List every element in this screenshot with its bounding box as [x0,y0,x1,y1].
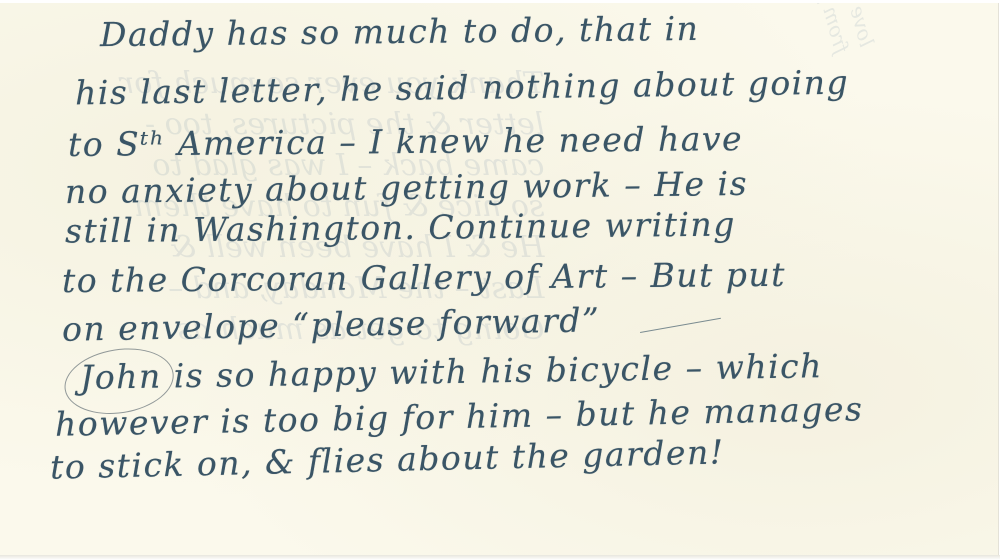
letter-line-5: still in Washington. Continue writing [65,204,736,250]
letter-line-7: on envelope “please forward” [62,300,601,348]
letter-line-8-rest: is so happy with his bicycle – which [161,346,823,395]
circled-word: John [80,357,162,397]
pen-stroke-mark [640,318,721,333]
letter-line-2: his last letter, he said nothing about g… [75,63,850,113]
scan-edge [0,555,1000,560]
handwritten-letter: Daddy has so much to do, that in his las… [0,0,1000,560]
letter-line-9: however is too big for him – but he mana… [55,389,864,444]
letter-line-1: Daddy has so much to do, that in [100,9,700,54]
letter-line-8: John is so happy with his bicycle – whic… [80,346,823,397]
letter-line-3: to Sᵗʰ America – I knew he need have [68,119,743,164]
letter-line-6: to the Corcoran Gallery of Art – But put [62,255,786,300]
letter-line-4: no anxiety about getting work – He is [65,164,748,211]
circled-name: John [80,357,162,397]
